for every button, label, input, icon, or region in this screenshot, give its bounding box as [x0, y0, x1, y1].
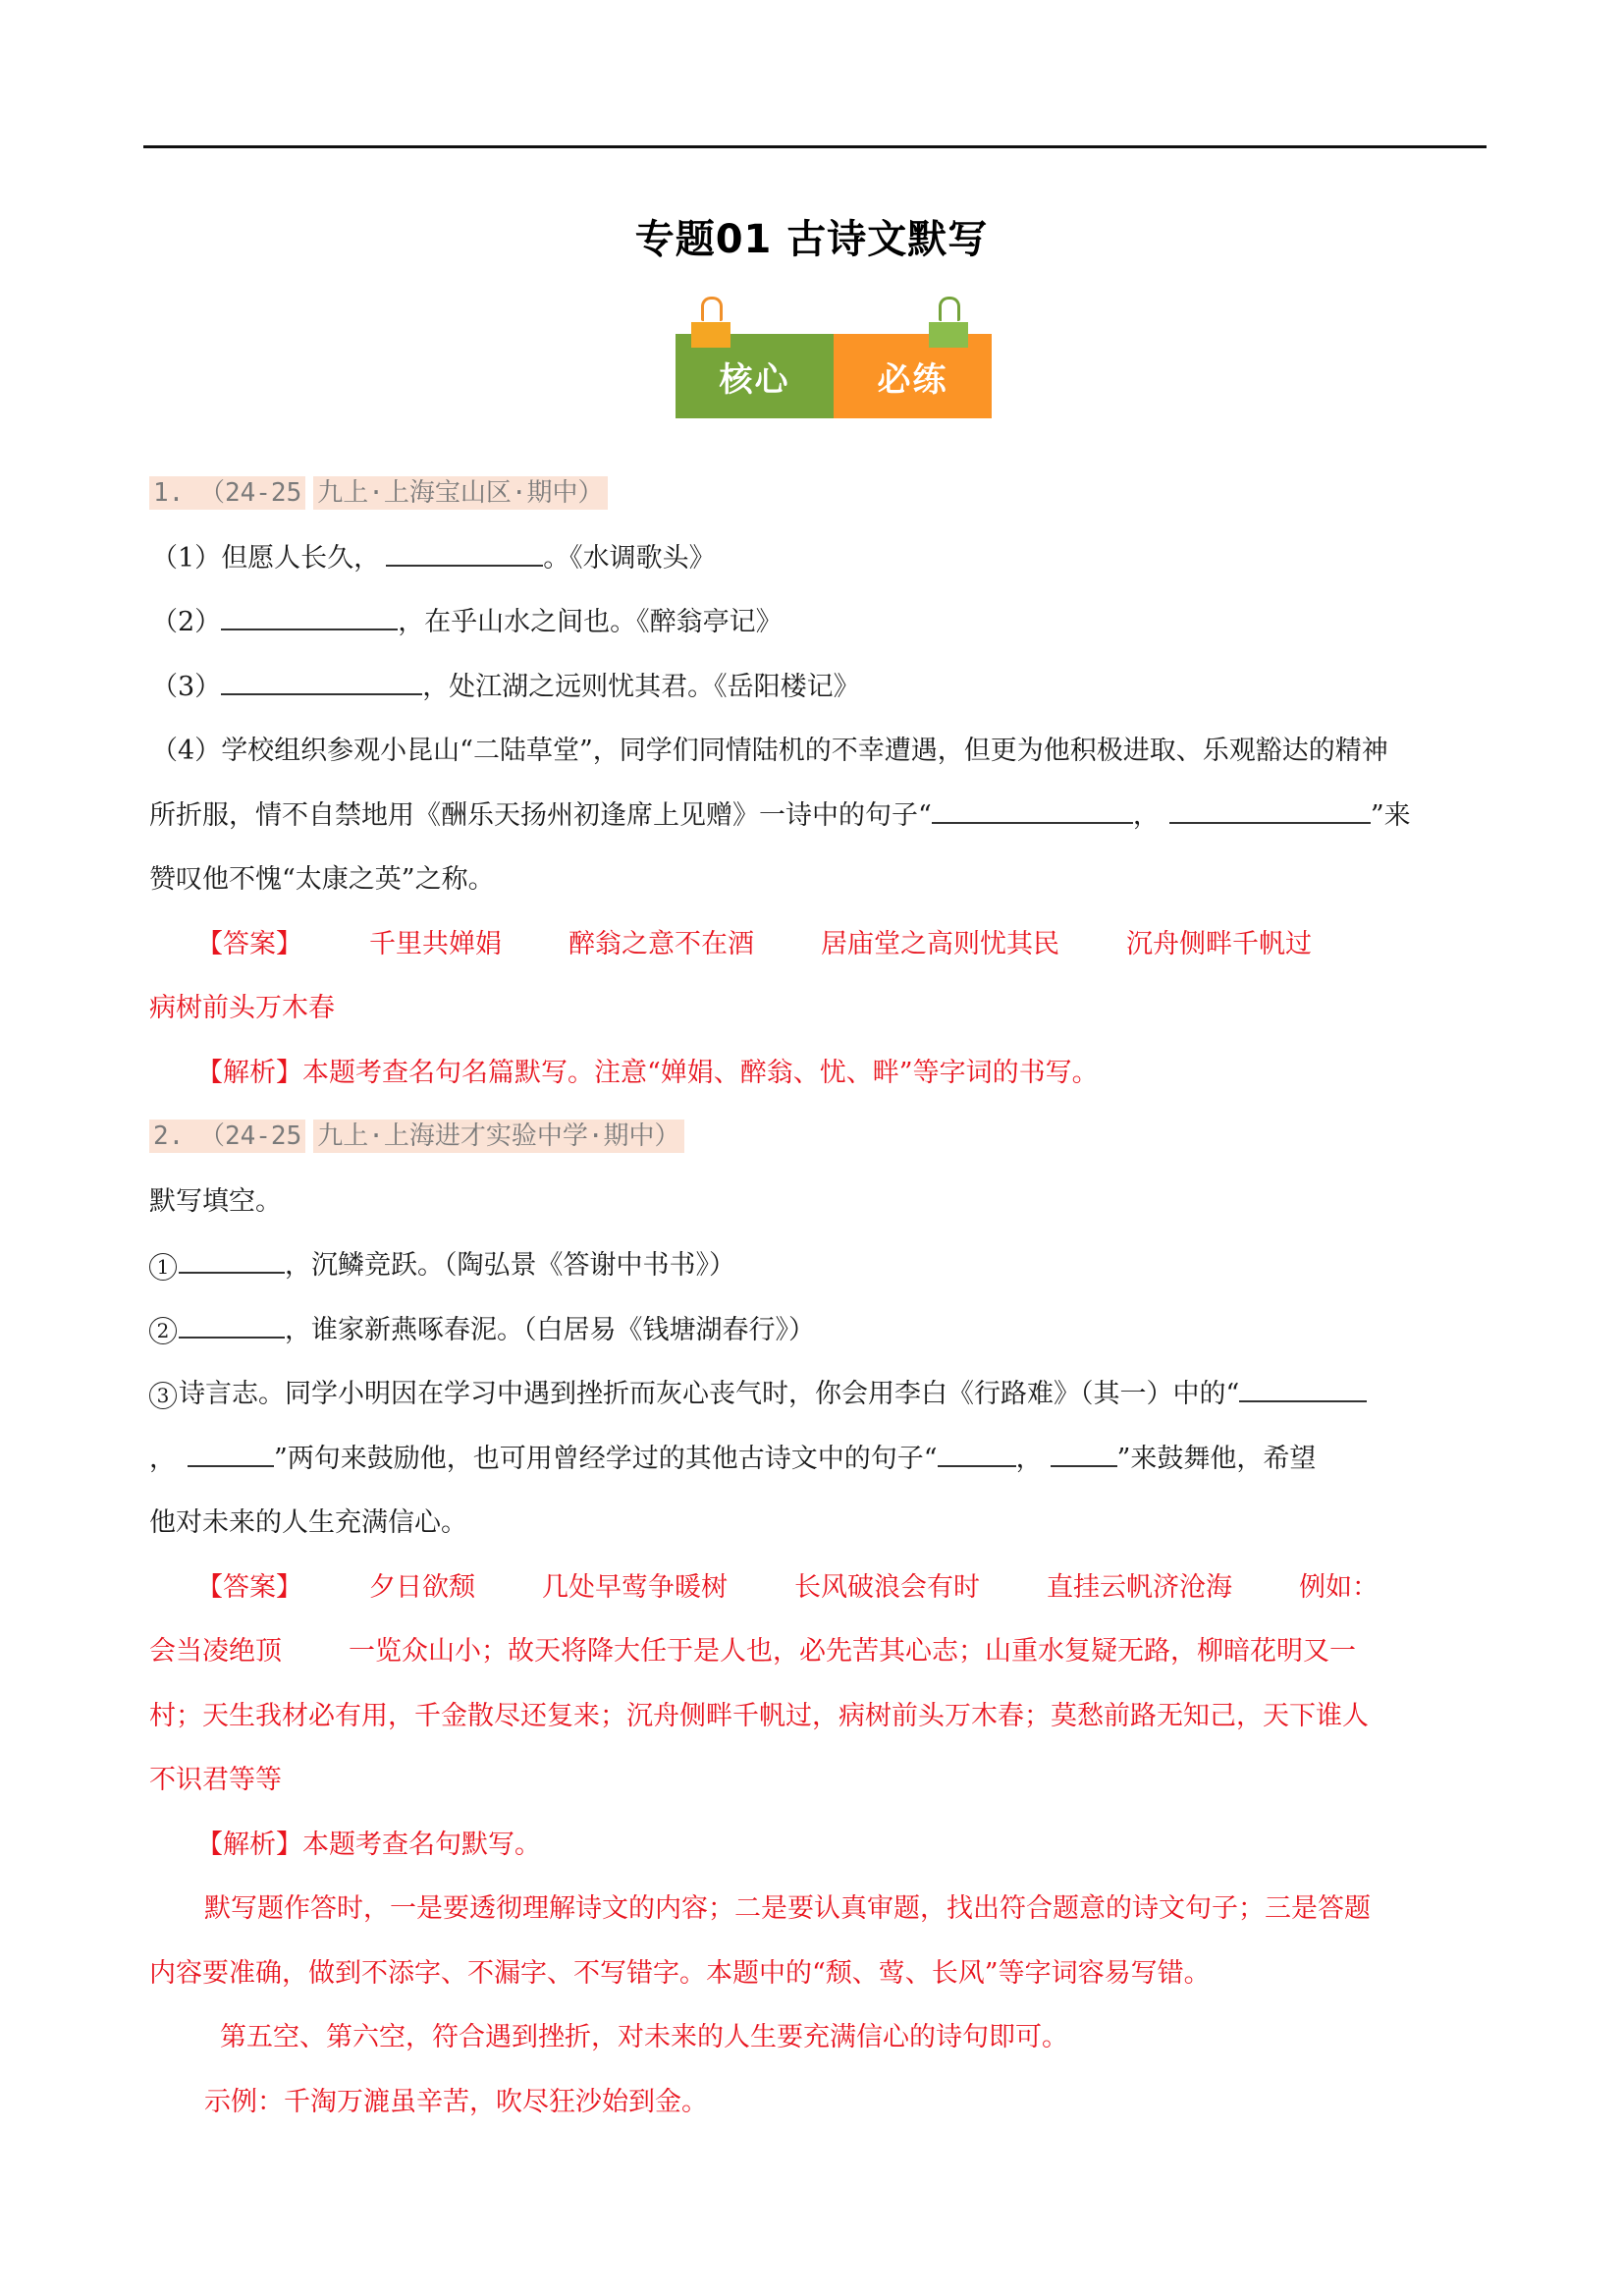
- binder-clip-icon: [691, 322, 730, 348]
- q1-item-1: （1）但愿人长久，。《水调歌头》: [149, 526, 1485, 591]
- answer-blank[interactable]: [221, 672, 422, 695]
- answer-blank[interactable]: [179, 1315, 285, 1339]
- question-source: 九上·上海宝山区·期中）: [313, 476, 607, 510]
- q2-answer-line2: 会当凌绝顶一览众山小；故天将降大任于是人也，必先苦其心志；山重水复疑无路，柳暗花…: [149, 1619, 1485, 1684]
- question-1-heading: 1. （24-25九上·上海宝山区·期中）: [149, 462, 1485, 526]
- q1-item-4-line1: （4）学校组织参观小昆山“二陆草堂”，同学们同情陆机的不幸遭遇，但更为他积极进取…: [149, 719, 1485, 784]
- answer-blank[interactable]: [386, 543, 543, 567]
- analysis-label: 【解析】: [196, 1058, 302, 1088]
- answer-blank[interactable]: [188, 1444, 274, 1467]
- q2-item-3-line2: ，”两句来鼓励他，也可用曾经学过的其他古诗文中的句子“，”来鼓舞他，希望: [149, 1427, 1485, 1492]
- document-body: 1. （24-25九上·上海宝山区·期中） （1）但愿人长久，。《水调歌头》 （…: [149, 462, 1485, 2134]
- q2-answer: 【答案】夕日欲颓几处早莺争暖树长风破浪会有时直挂云帆济沧海例如：: [149, 1556, 1485, 1620]
- q2-item-1: 1，沉鳞竞跃。（陶弘景《答谢中书书》）: [149, 1233, 1485, 1298]
- q1-item-3: （3），处江湖之远则忧其君。《岳阳楼记》: [149, 655, 1485, 720]
- q1-item-2: （2），在乎山水之间也。《醉翁亭记》: [149, 590, 1485, 655]
- q2-analysis-p1-line2: 内容要准确，做到不添字、不漏字、不写错字。本题中的“颓、莺、长风”等字词容易写错…: [149, 1941, 1485, 2006]
- q2-analysis: 【解析】本题考查名句默写。: [149, 1813, 1485, 1878]
- q2-analysis-p3: 示例：千淘万漉虽辛苦，吹尽狂沙始到金。: [149, 2070, 1485, 2135]
- q2-analysis-p1-line1: 默写题作答时，一是要透彻理解诗文的内容；二是要认真审题，找出符合题意的诗文句子；…: [149, 1877, 1485, 1941]
- q1-item-4-line2: 所折服，情不自禁地用《酬乐天扬州初逢席上见赠》一诗中的句子“，”来: [149, 784, 1485, 848]
- analysis-label: 【解析】: [196, 1830, 302, 1860]
- question-number: 1. （24-25: [149, 476, 305, 510]
- answer-blank[interactable]: [1169, 800, 1371, 824]
- answer-blank[interactable]: [179, 1250, 285, 1274]
- answer-label: 【答案】: [196, 929, 302, 959]
- q1-item-4-line3: 赞叹他不愧“太康之英”之称。: [149, 847, 1485, 912]
- q2-intro: 默写填空。: [149, 1170, 1485, 1234]
- q2-answer-line3: 村；天生我材必有用，千金散尽还复来；沉舟侧畔千帆过，病树前头万木春；莫愁前路无知…: [149, 1684, 1485, 1749]
- q2-answer-line4: 不识君等等: [149, 1748, 1485, 1813]
- question-2-heading: 2. （24-25九上·上海进才实验中学·期中）: [149, 1105, 1485, 1170]
- q2-item-3-line1: 3诗言志。同学小明因在学习中遇到挫折而灰心丧气时，你会用李白《行路难》（其一）中…: [149, 1362, 1485, 1427]
- binder-clip-icon: [929, 322, 968, 348]
- question-source: 九上·上海进才实验中学·期中）: [313, 1120, 683, 1153]
- q1-answer-continued: 病树前头万木春: [149, 976, 1485, 1041]
- question-number: 2. （24-25: [149, 1120, 305, 1153]
- circled-number-3: 3: [149, 1382, 177, 1409]
- q1-analysis: 【解析】本题考查名句名篇默写。注意“婵娟、醉翁、忧、畔”等字词的书写。: [149, 1041, 1485, 1106]
- answer-blank[interactable]: [1051, 1444, 1117, 1467]
- q2-item-2: 2，谁家新燕啄春泥。（白居易《钱塘湖春行》）: [149, 1298, 1485, 1363]
- header-rule: [143, 145, 1487, 148]
- circled-number-1: 1: [149, 1253, 177, 1281]
- answer-blank[interactable]: [221, 607, 398, 630]
- answer-blank[interactable]: [932, 800, 1133, 824]
- q2-item-3-line3: 他对未来的人生充满信心。: [149, 1491, 1485, 1556]
- answer-label: 【答案】: [196, 1572, 302, 1603]
- q2-analysis-p2: 第五空、第六空，符合遇到挫折，对未来的人生要充满信心的诗句即可。: [149, 2005, 1485, 2070]
- core-practice-banner: 核心 必练: [676, 334, 992, 418]
- answer-blank[interactable]: [938, 1444, 1016, 1467]
- circled-number-2: 2: [149, 1317, 177, 1344]
- page-title: 专题01 古诗文默写: [0, 208, 1623, 264]
- q1-answer: 【答案】千里共婵娟醉翁之意不在酒居庙堂之高则忧其民沉舟侧畔千帆过: [149, 912, 1485, 977]
- answer-blank[interactable]: [1239, 1379, 1367, 1402]
